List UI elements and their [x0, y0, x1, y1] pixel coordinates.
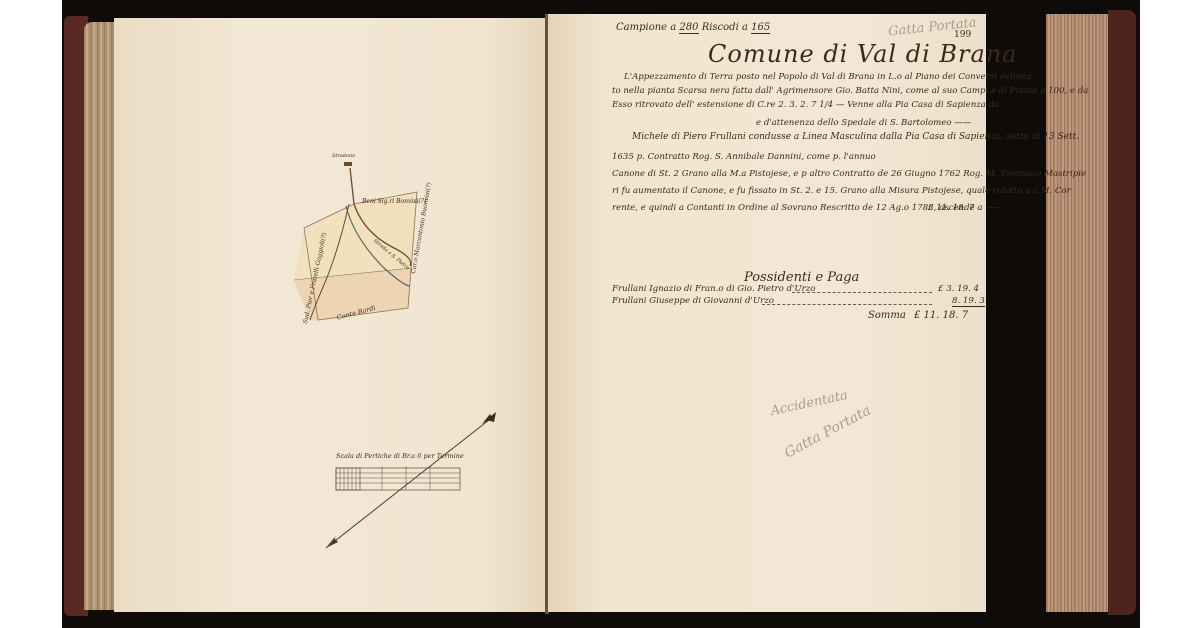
leather-cover-right — [1108, 10, 1136, 615]
riscodi-number: 165 — [751, 22, 770, 34]
entry-row: Frullani Giuseppe di Giovanni d'Urzo 8. … — [612, 296, 982, 310]
para2-line3: Canone di St. 2 Grano alla M.a Pistojese… — [612, 169, 1086, 179]
section-title: Possidenti e Paga — [744, 270, 859, 285]
entry-amount: 8. 19. 3 — [952, 296, 985, 307]
right-page: Campione a 280 Riscodi a 165 Gatta Porta… — [548, 14, 986, 612]
left-page: Stradone Beni Sig.ri Bonvisi(?) Car.o Ma… — [114, 18, 546, 612]
para1-line3: Esso ritrovato dell' estensione di C.re … — [612, 100, 999, 110]
parcel-upper-fill — [294, 192, 417, 280]
total-label: Somma — [868, 310, 906, 321]
para2-amount: £ 11. 18. 7 — [928, 203, 974, 213]
campione-ref: Campione a 280 Riscodi a 165 — [616, 22, 770, 33]
map-label-top: Beni Sig.ri Bonvisi(?) — [362, 198, 426, 205]
map-label-top-marker: Stradone — [332, 153, 355, 159]
riscodi-label: Riscodi a — [702, 22, 748, 33]
leader-dots — [792, 292, 932, 293]
page-title: Comune di Val di Brana — [708, 40, 1018, 68]
para1-line1: L'Appezzamento di Terra posto nel Popolo… — [624, 72, 1031, 82]
entry-amount: £ 3. 19. 4 — [938, 284, 979, 294]
page-edges-right — [1046, 14, 1108, 612]
para1-line4: e d'attenenza dello Spedale di S. Bartol… — [756, 118, 971, 128]
folio-number: 199 — [954, 30, 971, 40]
para2-line2: 1635 p. Contratto Rog. S. Annibale Danni… — [612, 152, 876, 162]
entry-name: Frullani Giuseppe di Giovanni d'Urzo — [612, 296, 774, 306]
entry-name: Frullani Ignazio di Fran.o di Gio. Pietr… — [612, 284, 815, 294]
campione-label: Campione a — [616, 22, 676, 33]
pencil-annotation-1: Accidentata — [769, 388, 849, 419]
campione-number: 280 — [679, 22, 698, 34]
para2-line4: ri fu aumentato il Canone, e fu fissato … — [612, 186, 1071, 196]
north-arrow-icon — [314, 408, 504, 558]
para2-line1: Michele di Piero Frullani condusse a Lin… — [632, 132, 1079, 142]
total-amount: £ 11. 18. 7 — [914, 310, 968, 321]
leader-dots — [762, 304, 932, 305]
para1-line2: to nella pianta Scarsa nera fatta dall' … — [612, 86, 1088, 96]
